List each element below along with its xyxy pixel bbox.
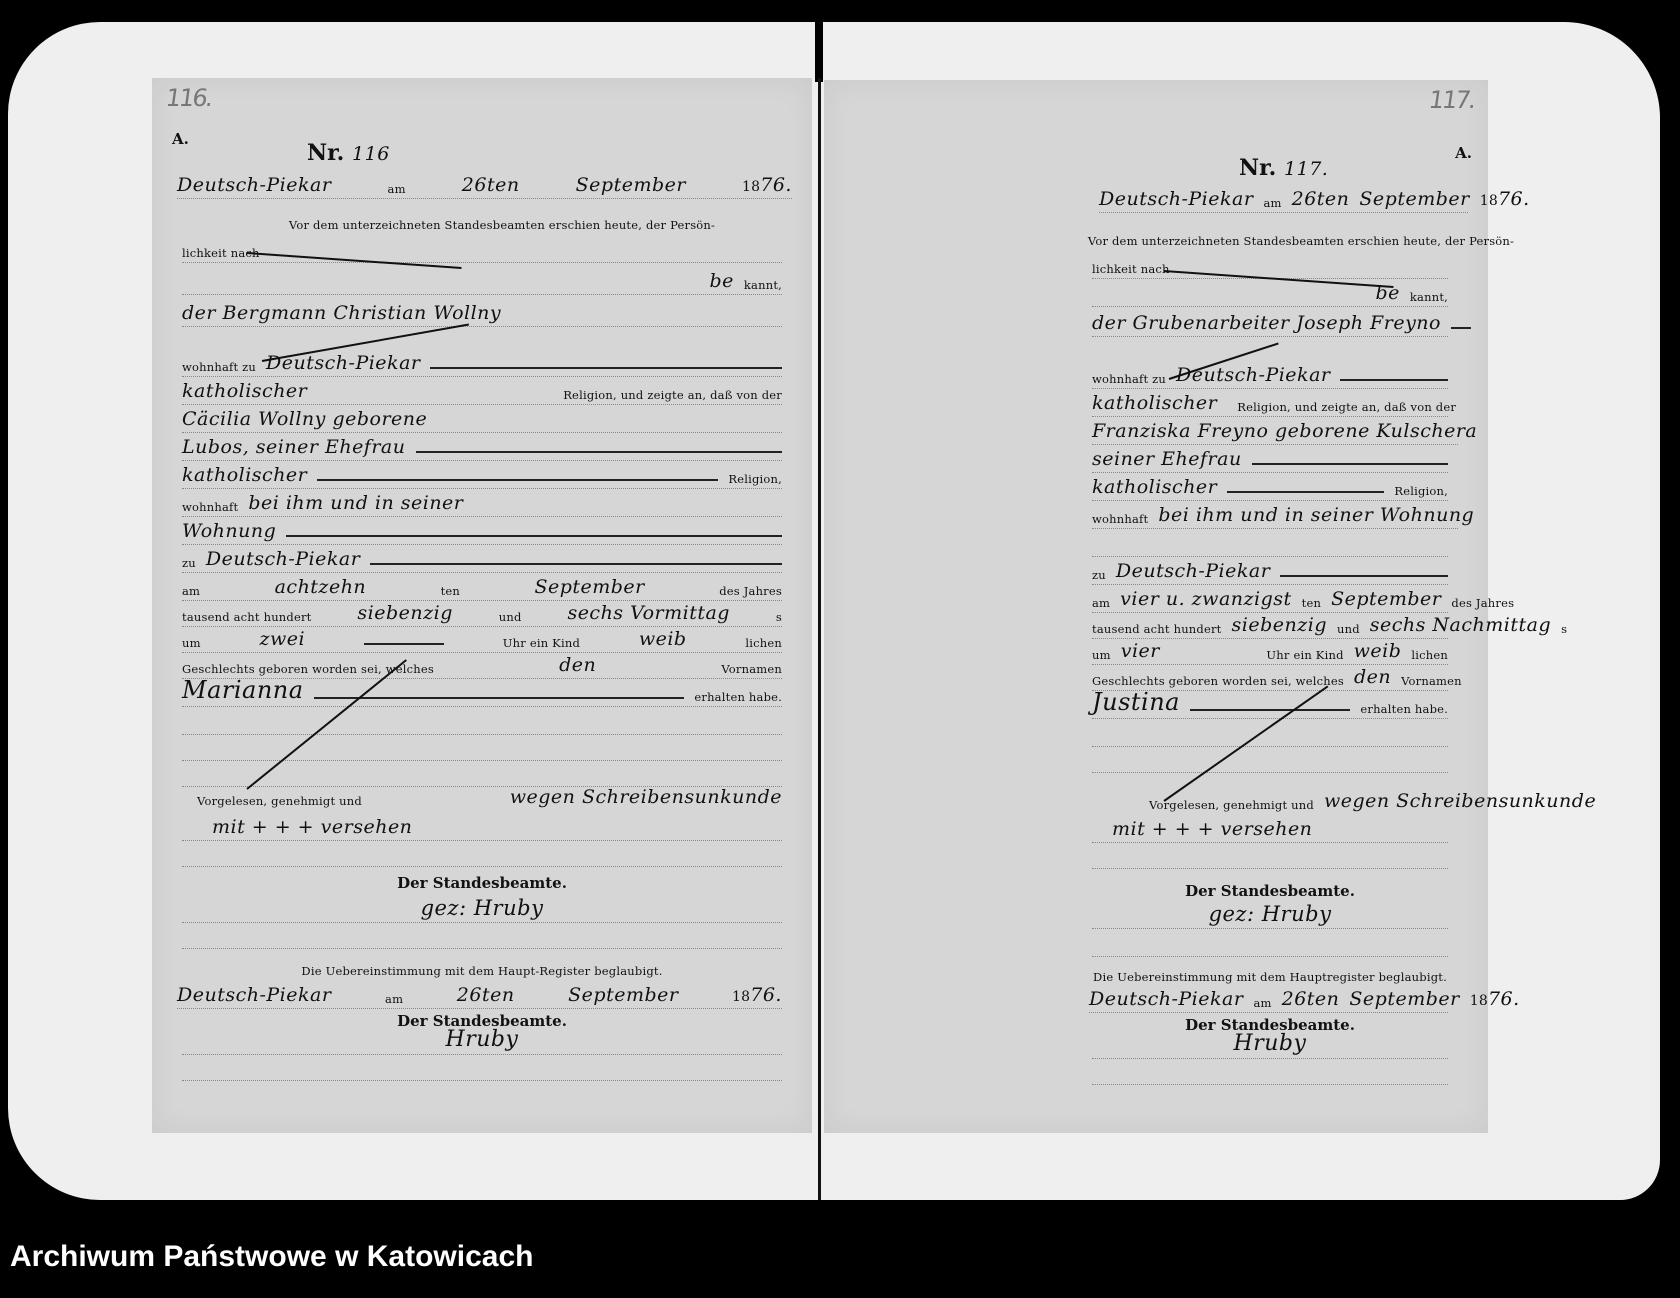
standesbeamte-heading: Der Standesbeamte. (182, 868, 782, 894)
year: 1876. (1470, 988, 1520, 1010)
intro-line: Vor dem unterzeichneten Standesbeamten e… (1154, 224, 1448, 250)
standesbeamte-heading: Der Standesbeamte. (1092, 876, 1448, 902)
mother-residence-line: wohnhaft bei ihm und in seiner Wohnung (1092, 502, 1458, 529)
uhr-label: Uhr ein Kind (503, 636, 580, 650)
declarant-residence: Deutsch-Piekar (266, 352, 420, 374)
um-label: um (182, 636, 201, 650)
und-label: und (1337, 622, 1360, 636)
tausend-label: tausend acht hundert (1092, 622, 1222, 636)
mother-residence-line: wohnhaft bei ihm und in seiner (182, 490, 782, 517)
birth-hour-line: um zwei Uhr ein Kind weib lichen (182, 626, 782, 653)
vorgelesen-note-2: mit + + + versehen (1112, 818, 1312, 840)
record-number: Nr. 117. (1239, 155, 1328, 181)
s-label: s (1561, 622, 1567, 636)
form-letter: A. (172, 130, 189, 148)
place: Deutsch-Piekar (177, 174, 331, 196)
declarant-line: der Grubenarbeiter Joseph Freyno (1092, 310, 1448, 337)
vorgelesen-note: wegen Schreibensunkunde (1324, 790, 1596, 812)
mother-residence-cont: Wohnung (182, 520, 276, 542)
registrar-signature-original: Hruby (446, 1027, 519, 1052)
blank-line (1092, 746, 1448, 773)
certification-line: Die Uebereinstimmung mit dem Hauptregist… (1092, 960, 1448, 986)
des-jahres-label: des Jahres (1451, 596, 1514, 610)
certification-line: Die Uebereinstimmung mit dem Haupt-Regis… (182, 954, 782, 980)
month: September (576, 174, 686, 196)
declarant-residence: Deutsch-Piekar (1176, 364, 1330, 386)
wohnhaft-zu-label: wohnhaft zu (182, 360, 256, 374)
child-sex: weib (639, 628, 687, 650)
bekannt-line: be kannt, (1092, 280, 1448, 307)
child-name-line: Marianna erhalten habe. (182, 680, 782, 707)
lichen-label: lichen (1411, 648, 1448, 662)
blank-line (182, 734, 782, 761)
blank-line (182, 922, 782, 949)
vorgelesen-note-2: mit + + + versehen (212, 816, 412, 838)
zu-label: zu (182, 556, 196, 570)
article: den (559, 654, 596, 676)
certification-place-date: Deutsch-Piekar am 26ten September 1876. (177, 982, 782, 1009)
um-label: um (1092, 648, 1111, 662)
article: den (1354, 666, 1391, 688)
book-gutter-top (815, 22, 823, 82)
day: 26ten (457, 984, 515, 1006)
signature-line: gez: Hruby (1092, 902, 1448, 929)
certification-text: Die Uebereinstimmung mit dem Hauptregist… (1093, 970, 1447, 984)
uhr-label: Uhr ein Kind (1266, 648, 1343, 662)
vornamen-label: Vornamen (721, 662, 782, 676)
blank-line (1092, 530, 1448, 557)
certification-place-date: Deutsch-Piekar am 26ten September 1876. (1089, 986, 1448, 1013)
lichen-label: lichen (745, 636, 782, 650)
wohnhaft-zu-line: wohnhaft zu Deutsch-Piekar (182, 350, 782, 377)
place: Deutsch-Piekar (1089, 988, 1243, 1010)
lichkeit-label: lichkeit nach (1092, 262, 1170, 276)
am-label: am (385, 992, 403, 1006)
geschlechts-line: Geschlechts geboren worden sei, welches … (1092, 664, 1448, 691)
religion-label: Religion, (1394, 484, 1448, 498)
mother-line-2: Lubos, seiner Ehefrau (182, 434, 782, 461)
signature-line: gez: Hruby (182, 896, 782, 923)
day: 26ten (462, 174, 520, 196)
registrar-signature: gez: Hruby (1209, 902, 1332, 926)
form-letter: A. (1455, 144, 1472, 162)
declarant-name: der Bergmann Christian Wollny (182, 302, 501, 324)
nr-label: Nr. (307, 140, 344, 166)
bekannt-hw: be (709, 270, 733, 292)
mother-spouse-label: seiner Ehefrau (1092, 448, 1242, 470)
birth-hour: zwei (260, 628, 306, 650)
vorgelesen-label: Vorgelesen, genehmigt und (1149, 798, 1314, 812)
right-page-record-117: 117. A. Nr. 117. Deutsch-Piekar am 26ten… (824, 80, 1488, 1133)
year: 1876. (742, 174, 792, 196)
child-name-line: Justina erhalten habe. (1092, 692, 1448, 719)
child-sex: weib (1354, 640, 1402, 662)
declarant-religion: katholischer (1092, 392, 1217, 414)
wohnhaft-label: wohnhaft (182, 500, 238, 514)
declarant-name: der Grubenarbeiter Joseph Freyno (1092, 312, 1441, 334)
ten-label: ten (1302, 596, 1321, 610)
book-gutter (818, 78, 821, 1200)
tausend-label: tausend acht hundert (182, 610, 312, 624)
mother-religion-line: katholischer Religion, (182, 462, 782, 489)
erhalten-label: erhalten habe. (1360, 702, 1448, 716)
mother-line-1: Franziska Freyno geborene Kulschera (1092, 418, 1458, 445)
am-label: am (1253, 996, 1271, 1010)
place: Deutsch-Piekar (1099, 188, 1253, 210)
vornamen-label: Vornamen (1401, 674, 1462, 688)
blank-line (182, 708, 782, 735)
vorgelesen-note: wegen Schreibensunkunde (510, 786, 782, 808)
am-label: am (182, 584, 200, 598)
certification-text: Die Uebereinstimmung mit dem Haupt-Regis… (301, 964, 662, 978)
month: September (1359, 188, 1469, 210)
des-jahres-label: des Jahres (719, 584, 782, 598)
mother-name: Franziska Freyno geborene Kulschera (1092, 420, 1477, 442)
child-name: Marianna (182, 676, 304, 704)
place-date-line: Deutsch-Piekar am 26ten September 1876. (177, 172, 792, 199)
vorgelesen-line-2: mit + + + versehen (1092, 816, 1448, 843)
religion-label: Religion, (728, 472, 782, 486)
am-label: am (388, 182, 406, 196)
bekannt-label: kannt, (744, 278, 782, 292)
s-label: s (776, 610, 782, 624)
birth-year-line: tausend acht hundert siebenzig und sechs… (182, 600, 782, 627)
blank-line (1092, 842, 1448, 869)
registrar-signature: gez: Hruby (421, 896, 544, 920)
ten-label: ten (441, 584, 460, 598)
birth-place: Deutsch-Piekar (206, 548, 360, 570)
year: 1876. (1480, 188, 1530, 210)
geschlechts-line: Geschlechts geboren worden sei, welches … (182, 652, 782, 679)
lichkeit-line: lichkeit nach (1092, 252, 1448, 279)
page-number: 117. (1427, 86, 1476, 114)
intro-text: Vor dem unterzeichneten Standesbeamten e… (1088, 234, 1514, 248)
record-number: Nr. 116 (307, 140, 390, 166)
erhalten-label: erhalten habe. (694, 690, 782, 704)
vorgelesen-line-2: mit + + + versehen (182, 814, 782, 841)
archive-caption: Archiwum Państwowe w Katowicach (10, 1240, 533, 1274)
month: September (1349, 988, 1459, 1010)
religion-clause: Religion, und zeigte an, daß von der (1237, 400, 1456, 414)
vorgelesen-line: Vorgelesen, genehmigt und wegen Schreibe… (1149, 788, 1468, 814)
blank-line (182, 840, 782, 867)
day: 26ten (1282, 988, 1340, 1010)
birth-place: Deutsch-Piekar (1116, 560, 1270, 582)
bekannt-line: be kannt, (182, 268, 782, 295)
nr-value: 116 (352, 143, 390, 165)
birth-hour-line: um vier Uhr ein Kind weib lichen (1092, 638, 1448, 665)
nr-label: Nr. (1239, 155, 1276, 181)
birth-decade: siebenzig (1232, 614, 1327, 636)
vorgelesen-label: Vorgelesen, genehmigt und (197, 794, 362, 808)
registrar-signature-original: Hruby (1234, 1031, 1307, 1056)
birth-decade: siebenzig (357, 602, 452, 624)
birth-date-line: am achtzehn ten September des Jahres (182, 574, 782, 601)
place-date-line: Deutsch-Piekar am 26ten September 1876. (1099, 186, 1468, 213)
mother-line-1: Cäcilia Wollny geborene (182, 406, 782, 433)
am-label: am (1092, 596, 1110, 610)
mother-religion: katholischer (1092, 476, 1217, 498)
religion-clause: Religion, und zeigte an, daß von der (563, 388, 782, 402)
bekannt-label: kannt, (1410, 290, 1448, 304)
intro-text: Vor dem unterzeichneten Standesbeamten e… (289, 218, 715, 232)
year: 1876. (732, 984, 782, 1006)
declarant-religion: katholischer (182, 380, 307, 402)
mother-maiden-name: Lubos, seiner Ehefrau (182, 436, 406, 458)
blank-line (182, 1054, 782, 1081)
day: 26ten (1292, 188, 1350, 210)
wohnhaft-label: wohnhaft (1092, 512, 1148, 526)
month: September (568, 984, 678, 1006)
mother-name: Cäcilia Wollny geborene (182, 408, 427, 430)
birth-month: September (534, 576, 644, 598)
signature-line-2: Hruby (1092, 1032, 1448, 1059)
child-name: Justina (1092, 688, 1180, 716)
religion-line: katholischer Religion, und zeigte an, da… (182, 378, 782, 405)
page-number: 116. (164, 84, 213, 112)
birth-day: vier u. zwanzigst (1120, 588, 1291, 610)
birth-hour: vier (1121, 640, 1160, 662)
mother-residence: bei ihm und in seiner (248, 492, 463, 514)
blank-line (1092, 1058, 1448, 1085)
declarant-line: der Bergmann Christian Wollny (182, 300, 782, 327)
bekannt-hw: be (1375, 282, 1399, 304)
birth-date-line: am vier u. zwanzigst ten September des J… (1092, 586, 1448, 613)
wohnhaft-zu-label: wohnhaft zu (1092, 372, 1166, 386)
birth-place-line: zu Deutsch-Piekar (1092, 558, 1448, 585)
wohnhaft-zu-line: wohnhaft zu Deutsch-Piekar (1092, 362, 1448, 389)
standesbeamte-label: Der Standesbeamte. (1185, 882, 1355, 900)
intro-line: Vor dem unterzeichneten Standesbeamten e… (222, 208, 782, 234)
lichkeit-line: lichkeit nach (182, 236, 782, 263)
birth-year-line: tausend acht hundert siebenzig und sechs… (1092, 612, 1448, 639)
geschlechts-label: Geschlechts geboren worden sei, welches (1092, 674, 1344, 688)
vorgelesen-line: Vorgelesen, genehmigt und wegen Schreibe… (197, 784, 782, 810)
birth-year-time: sechs Nachmittag (1370, 614, 1551, 636)
mother-residence: bei ihm und in seiner Wohnung (1158, 504, 1474, 526)
birth-month: September (1331, 588, 1441, 610)
mother-line-2: seiner Ehefrau (1092, 446, 1448, 473)
mother-residence-line-2: Wohnung (182, 518, 782, 545)
religion-line: katholischer Religion, und zeigte an, da… (1092, 390, 1448, 417)
signature-line-2: Hruby (182, 1028, 782, 1055)
standesbeamte-label: Der Standesbeamte. (397, 874, 567, 892)
birth-day: achtzehn (275, 576, 367, 598)
place: Deutsch-Piekar (177, 984, 331, 1006)
und-label: und (499, 610, 522, 624)
left-page-record-116: 116. A. Nr. 116 Deutsch-Piekar am 26ten … (152, 78, 812, 1133)
blank-line (1092, 930, 1448, 957)
nr-value: 117. (1284, 158, 1328, 180)
mother-religion-line: katholischer Religion, (1092, 474, 1448, 501)
am-label: am (1263, 196, 1281, 210)
mother-religion: katholischer (182, 464, 307, 486)
zu-label: zu (1092, 568, 1106, 582)
blank-line (182, 760, 782, 787)
birth-year-time: sechs Vormittag (567, 602, 730, 624)
birth-place-line: zu Deutsch-Piekar (182, 546, 782, 573)
